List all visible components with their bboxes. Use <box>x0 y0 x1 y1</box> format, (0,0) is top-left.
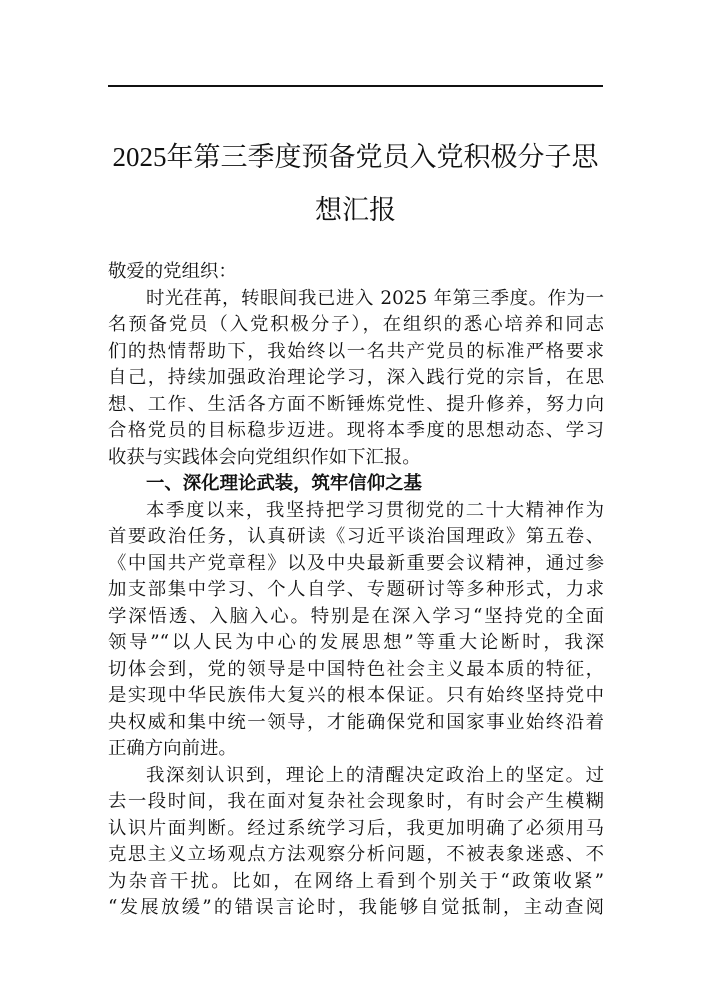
text-line: 名预备党员（入党积极分子），在组织的悉心培养和同志 <box>108 312 604 339</box>
text-line: 学深悟透、入脑入心。特别是在深入学习“坚持党的全面 <box>108 604 604 631</box>
paragraph-theory-study: 本季度以来，我坚持把学习贯彻党的二十大精神作为 首要政治任务，认真研读《习近平谈… <box>108 498 604 763</box>
paragraph-reflection: 我深刻认识到，理论上的清醒决定政治上的坚定。过 去一段时间，我在面对复杂社会现象… <box>108 763 604 922</box>
text-line: 去一段时间，我在面对复杂社会现象时，有时会产生模糊 <box>108 789 604 816</box>
document-title-line-1: 2025年第三季度预备党员入党积极分子思 <box>108 144 603 171</box>
text-line: 是实现中华民族伟大复兴的根本保证。只有始终坚持党中 <box>108 683 604 710</box>
text-line: 自己，持续加强政治理论学习，深入践行党的宗旨，在思 <box>108 365 604 392</box>
section-heading-1: 一、深化理论武装，筑牢信仰之基 <box>108 471 604 498</box>
text-line: 切体会到，党的领导是中国特色社会主义最本质的特征， <box>108 657 604 684</box>
text-line: 首要政治任务，认真研读《习近平谈治国理政》第五卷、 <box>108 524 604 551</box>
text-line: 央权威和集中统一领导，才能确保党和国家事业始终沿着 <box>108 710 604 737</box>
text-line: 我深刻认识到，理论上的清醒决定政治上的坚定。过 <box>108 763 604 790</box>
text-line: 加支部集中学习、个人自学、专题研讨等多种形式，力求 <box>108 577 604 604</box>
text-line: 正确方向前进。 <box>108 736 604 763</box>
text-line: 时光荏苒，转眼间我已进入 2025 年第三季度。作为一 <box>108 286 604 313</box>
document-body: 敬爱的党组织： 时光荏苒，转眼间我已进入 2025 年第三季度。作为一 名预备党… <box>108 259 604 922</box>
text-line: 本季度以来，我坚持把学习贯彻党的二十大精神作为 <box>108 498 604 525</box>
text-line: 为杂音干扰。比如，在网络上看到个别关于“政策收紧” <box>108 869 604 896</box>
text-line: 领导”“以人民为中心的发展思想”等重大论断时，我深 <box>108 630 604 657</box>
text-line: 《中国共产党章程》以及中央最新重要会议精神，通过参 <box>108 551 604 578</box>
text-line: 想、工作、生活各方面不断锤炼党性、提升修养，努力向 <box>108 392 604 419</box>
salutation: 敬爱的党组织： <box>108 259 604 286</box>
document-page: 2025年第三季度预备党员入党积极分子思 想汇报 敬爱的党组织： 时光荏苒，转眼… <box>0 0 711 1006</box>
text-line: 收获与实践体会向党组织作如下汇报。 <box>108 445 604 472</box>
text-line: 克思主义立场观点方法观察分析问题，不被表象迷惑、不 <box>108 842 604 869</box>
text-line: 认识片面判断。经过系统学习后，我更加明确了必须用马 <box>108 816 604 843</box>
header-rule <box>108 85 603 87</box>
text-line: 合格党员的目标稳步迈进。现将本季度的思想动态、学习 <box>108 418 604 445</box>
document-title-line-2: 想汇报 <box>108 197 603 224</box>
text-line: 们的热情帮助下，我始终以一名共产党员的标准严格要求 <box>108 339 604 366</box>
paragraph-intro: 时光荏苒，转眼间我已进入 2025 年第三季度。作为一 名预备党员（入党积极分子… <box>108 286 604 472</box>
text-line: “发展放缓”的错误言论时，我能够自觉抵制，主动查阅 <box>108 895 604 922</box>
